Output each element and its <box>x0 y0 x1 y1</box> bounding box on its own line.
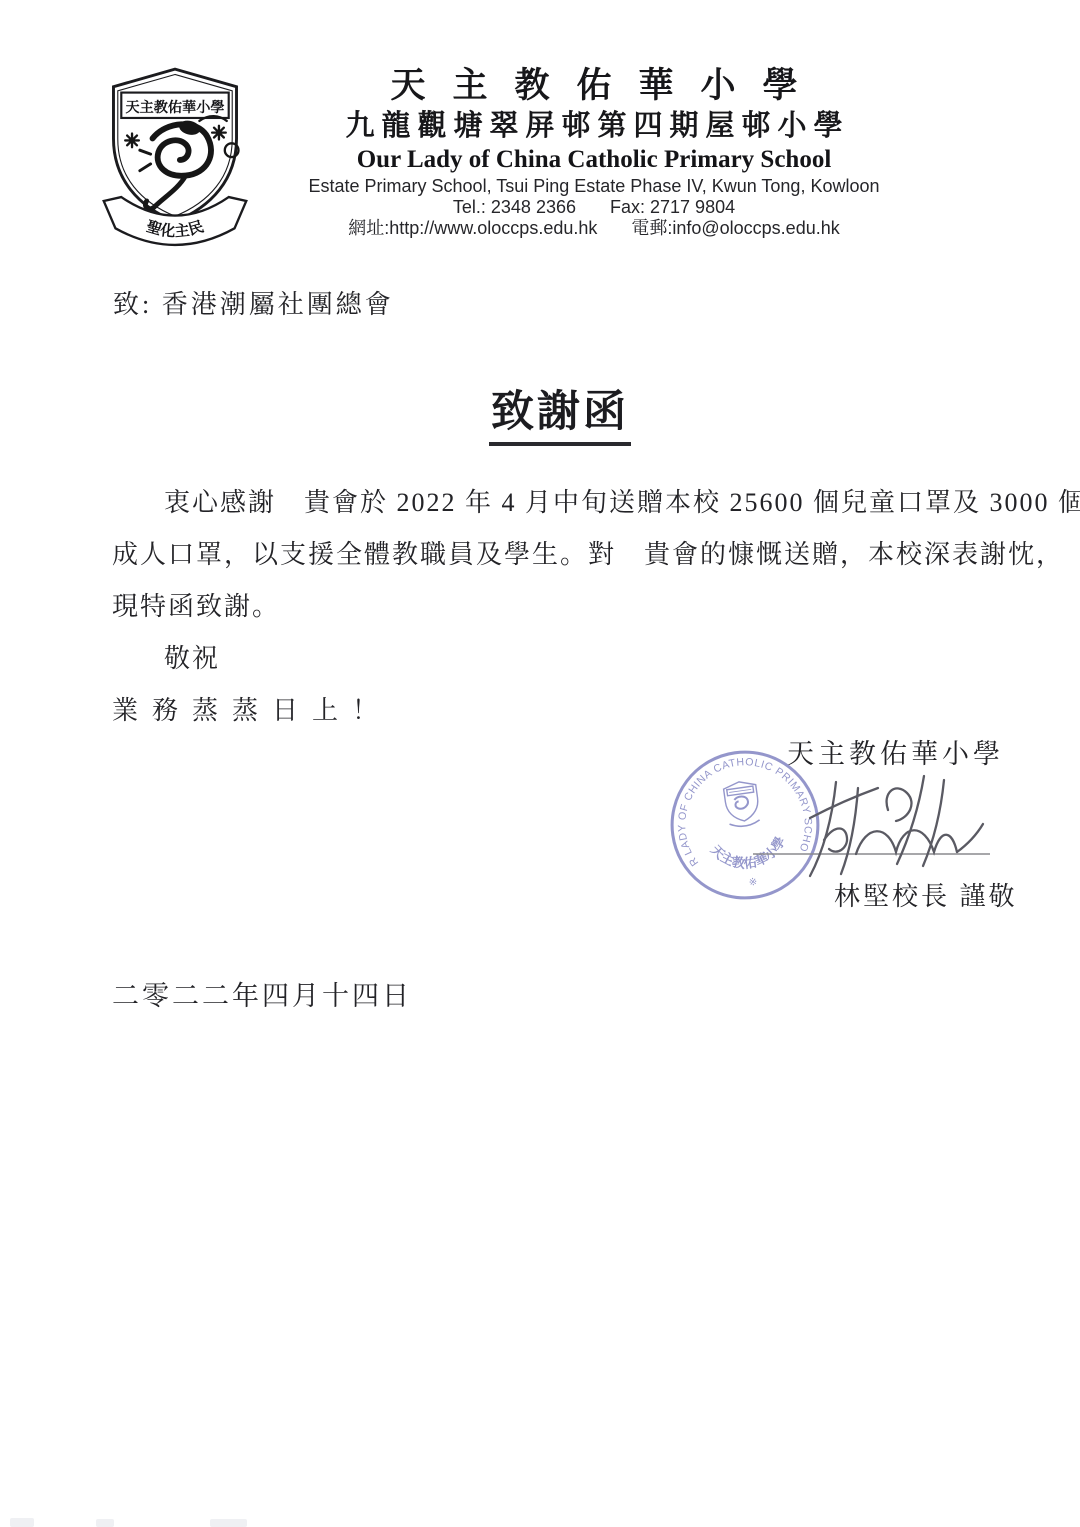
tel-number: Tel.: 2348 2366 <box>453 197 576 218</box>
fax-number: Fax: 2717 9804 <box>610 197 735 218</box>
scan-artifact <box>10 1518 34 1527</box>
recipient-line: 致: 香港潮屬社團總會 <box>113 284 394 321</box>
scan-artifact <box>96 1519 114 1527</box>
contact-tel-fax: Tel.: 2348 2366 Fax: 2717 9804 <box>258 197 930 218</box>
letter-title: 致謝函 <box>489 378 631 446</box>
closing-salutation: 敬祝 <box>112 633 1002 685</box>
school-name-zh: 天主教佑華小學 <box>258 66 930 106</box>
school-address: Estate Primary School, Tsui Ping Estate … <box>258 176 930 197</box>
crest-banner-label: 天主教佑華小學 <box>126 99 225 116</box>
body-line: 成人口罩，以支援全體教職員及學生。對 貴會的慷慨送贈，本校深表謝忱， <box>112 529 1002 581</box>
website-url: 網址:http://www.oloccps.edu.hk <box>348 218 597 239</box>
letter-body: 衷心感謝 貴會於 2022 年 4 月中旬送贈本校 25600 個兒童口罩及 3… <box>112 477 1002 737</box>
letter-date: 二零二二年四月十四日 <box>112 974 412 1013</box>
body-line: 現特函致謝。 <box>112 581 1002 633</box>
school-name-en: Our Lady of China Catholic Primary Schoo… <box>258 145 930 174</box>
letter-title-wrap: 致謝函 <box>40 378 1080 446</box>
closing-wish: 業務蒸蒸日上！ <box>112 685 1002 737</box>
principal-signature-graphic <box>738 764 1008 889</box>
signer-name: 林堅校長 謹敬 <box>834 876 1018 913</box>
body-line: 衷心感謝 貴會於 2022 年 4 月中旬送贈本校 25600 個兒童口罩及 3… <box>112 477 1002 529</box>
scan-artifact <box>210 1519 247 1527</box>
contact-web-email: 網址:http://www.oloccps.edu.hk 電郵:info@olo… <box>258 218 930 239</box>
school-crest: 天主教佑華小學 聖化主民 <box>92 60 258 256</box>
letterhead: 天主教佑華小學 九龍觀塘翠屏邨第四期屋邨小學 Our Lady of China… <box>258 66 930 239</box>
email-address: 電郵:info@oloccps.edu.hk <box>631 218 839 239</box>
school-subtitle-zh: 九龍觀塘翠屏邨第四期屋邨小學 <box>258 109 930 143</box>
